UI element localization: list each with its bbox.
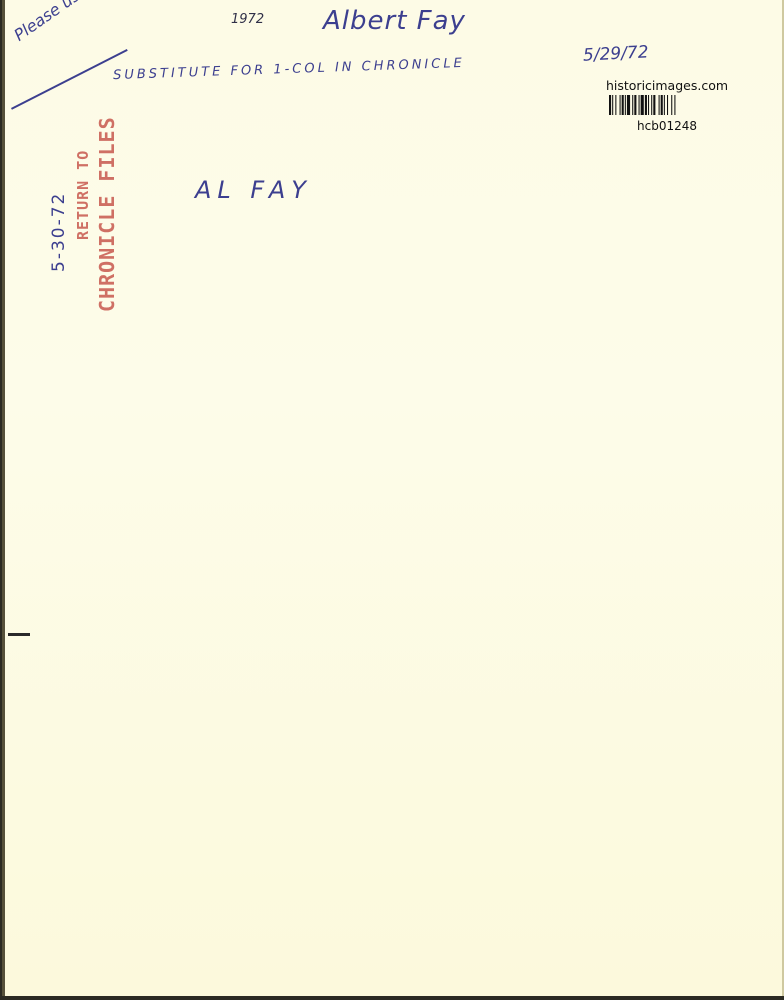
substitute-note: SUBSTITUTE FOR 1-COL IN CHRONICLE <box>113 56 465 83</box>
photo-back-paper: 1972 Albert Fay SUBSTITUTE FOR 1-COL IN … <box>2 0 784 996</box>
underline-stroke <box>11 49 128 109</box>
caption: AL FAY <box>195 176 312 204</box>
stamp-line-1: RETURN TO <box>74 150 92 240</box>
year-note: 1972 <box>231 12 264 27</box>
stamp-line-2: CHRONICLE FILES <box>95 116 119 312</box>
watermark-site: historicimages.com <box>605 78 729 93</box>
corner-note: Please use this <box>11 0 119 45</box>
barcode-icon <box>609 95 725 115</box>
note-date: 5/29/72 <box>583 42 650 65</box>
edge-mark <box>8 633 30 636</box>
watermark-code: hcb01248 <box>605 119 729 133</box>
subject-name: Albert Fay <box>323 6 466 36</box>
watermark: historicimages.com hcb01248 <box>605 78 729 133</box>
side-date: 5-30-72 <box>49 192 69 272</box>
